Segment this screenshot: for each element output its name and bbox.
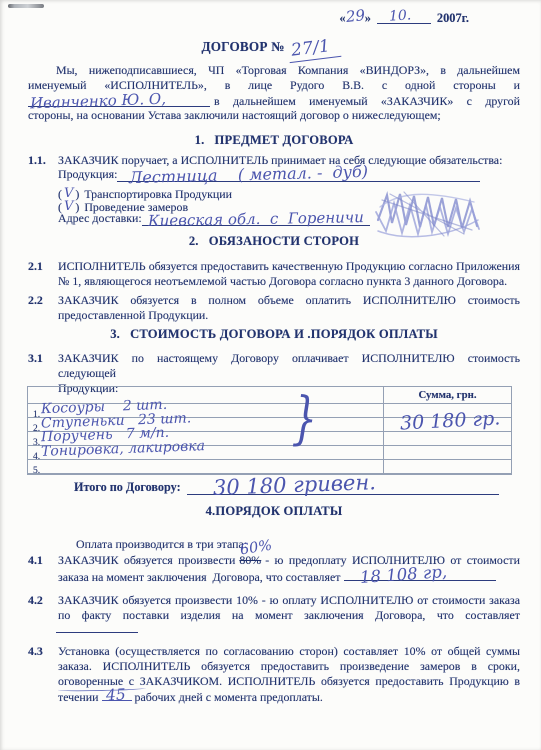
date-day-handwritten: 29 xyxy=(345,6,366,26)
date-month-field: 10. xyxy=(377,10,431,24)
clause-line: заказа. ИСПОЛНИТЕЛЬ обязуется предостави… xyxy=(58,659,520,674)
clause-line: предоставленной Продукции. xyxy=(58,308,520,323)
address-field: Киевская обл. с Гореничи xyxy=(142,211,370,226)
clause-number: 2.1 xyxy=(28,259,43,274)
pricing-table: Сумма, грн. 1.Косоуры 2 шт. 2.Ступеньки … xyxy=(27,386,512,475)
clause-line: ЗАКАЗЧИК обязуется в полном объеме оплат… xyxy=(58,293,520,308)
contract-title: ДОГОВОР №27/1 xyxy=(0,36,541,58)
section4-heading: 4.ПОРЯДОК ОПЛАТЫ xyxy=(28,504,520,519)
corrected-percent: 80%60% xyxy=(239,553,261,568)
total-line: Итого по Договору: 30 180 гривен. xyxy=(74,478,499,495)
section3-heading: 3. СТОИМОСТЬ ДОГОВОРА И .ПОРЯДОК ОПЛАТЫ xyxy=(28,327,520,342)
table-row: 5. xyxy=(28,460,511,474)
scan-artifact xyxy=(8,4,44,8)
table-header-sum-cell: Сумма, грн. xyxy=(384,387,511,403)
clause-number: 4.3 xyxy=(28,644,43,659)
clause-4-2: 4.2 ЗАКАЗЧИК обязуется произвести 10% - … xyxy=(28,593,520,623)
scanned-contract-page: «29»10.2007г. ДОГОВОР №27/1 Мы, нижеподп… xyxy=(0,0,541,750)
clause-text: заказа на момент заключения Договора, чт… xyxy=(58,570,340,584)
intro-line-with-name: Иванченко Ю. О,в дальнейшем именуемый «З… xyxy=(28,93,520,109)
customer-name-field: Иванченко Ю. О, xyxy=(28,93,210,107)
clause-line-with-correction: ЗАКАЗЧИК обязуется произвести80%60%- ю п… xyxy=(58,553,520,568)
contract-date: «29»10.2007г. xyxy=(339,8,469,26)
section2-heading: 2. ОБЯЗАНОСТИ СТОРОН xyxy=(28,234,520,249)
section1-heading: 1. ПРЕДМЕТ ДОГОВОРА xyxy=(28,133,520,148)
prepayment-amount-field: 18 108 гр, xyxy=(344,568,496,581)
clause-line: ЗАКАЗЧИК обязуется произвести 10% - ю оп… xyxy=(58,593,520,608)
paren-close: ) xyxy=(75,187,79,201)
customer-name-handwritten: Иванченко Ю. О, xyxy=(30,91,166,111)
clause-number: 4.2 xyxy=(28,593,43,608)
contract-title-label: ДОГОВОР № xyxy=(201,39,284,54)
clause-line: ИСПОЛНИТЕЛЬ обязуется предоставить качес… xyxy=(58,259,520,274)
clause-number: 4.1 xyxy=(28,553,43,568)
paren-open: ( xyxy=(58,187,62,201)
address-value-handwritten: Киевская обл. с Гореничи xyxy=(148,208,364,230)
product-label: Продукция: xyxy=(58,167,117,182)
intro-line: Мы, нижеподписавшиеся, ЧП «Торговая Комп… xyxy=(28,63,520,78)
clause-4-3: 4.3 Установка (осуществляется по согласо… xyxy=(28,644,520,705)
date-year: 2007г. xyxy=(437,11,469,25)
intro-line: в дальнейшем именуемый «ЗАКАЗЧИК» с друг… xyxy=(214,94,520,108)
clause-line-with-fill: течении45рабочих дней с момента предопла… xyxy=(58,688,520,705)
payment-stages-intro: Оплата производится в три этапа: xyxy=(28,537,520,552)
contract-number-handwritten: 27/1 xyxy=(287,35,341,63)
table-row: 4.Тонировка, лакировка xyxy=(28,446,511,460)
address-label: Адрес доставки: xyxy=(58,211,142,226)
prepayment-amount-handwritten: 18 108 гр, xyxy=(360,565,448,586)
date-month-handwritten: 10. xyxy=(388,7,411,24)
clause-text: ЗАКАЗЧИК обязуется произвести xyxy=(58,553,235,567)
total-label: Итого по Договору: xyxy=(74,480,181,495)
clause-line: ЗАКАЗЧИК по настоящему Договору оплачива… xyxy=(58,351,520,381)
blank-amount-field xyxy=(56,632,138,633)
clause-number: 3.1 xyxy=(28,351,43,366)
clause-text: рабочих дней с момента предоплаты. xyxy=(135,690,323,704)
clause-2-2: 2.2 ЗАКАЗЧИК обязуется в полном объеме о… xyxy=(28,293,520,323)
clause-line: Установка (осуществляется по согласовани… xyxy=(58,644,520,659)
total-value-handwritten: 30 180 гривен. xyxy=(212,470,376,500)
product-field: Лестница ( метал. - дуб) xyxy=(117,167,480,182)
clause-line: № 1, являющегося неотъемлемой частью Дог… xyxy=(58,274,520,289)
intro-line: именуемый «ИСПОЛНИТЕЛЬ», в лице Рудого В… xyxy=(28,78,520,93)
clause-number: 2.2 xyxy=(28,293,43,308)
handwritten-brace: } xyxy=(291,390,317,448)
row-number: 5. xyxy=(33,466,40,476)
clause-line-with-fill: заказа на момент заключения Договора, чт… xyxy=(58,568,520,585)
intro-paragraph: Мы, нижеподписавшиеся, ЧП «Торговая Комп… xyxy=(28,63,520,123)
checkbox-label: Транспортировка Продукции xyxy=(84,187,232,201)
clause-text: течении xyxy=(58,690,99,704)
clause-4-1: 4.1 ЗАКАЗЧИК обязуется произвести80%60%-… xyxy=(28,553,520,585)
intro-line: стороны, на основании Устава заключили н… xyxy=(28,108,520,123)
clause-number: 1.1. xyxy=(28,153,46,168)
clause-2-1: 2.1 ИСПОЛНИТЕЛЬ обязуется предоставить к… xyxy=(28,259,520,289)
clause-line: по факту поставки изделия на момент закл… xyxy=(58,608,520,623)
product-line: Продукция: Лестница ( метал. - дуб) xyxy=(28,167,520,182)
total-field: 30 180 гривен. xyxy=(187,478,499,495)
